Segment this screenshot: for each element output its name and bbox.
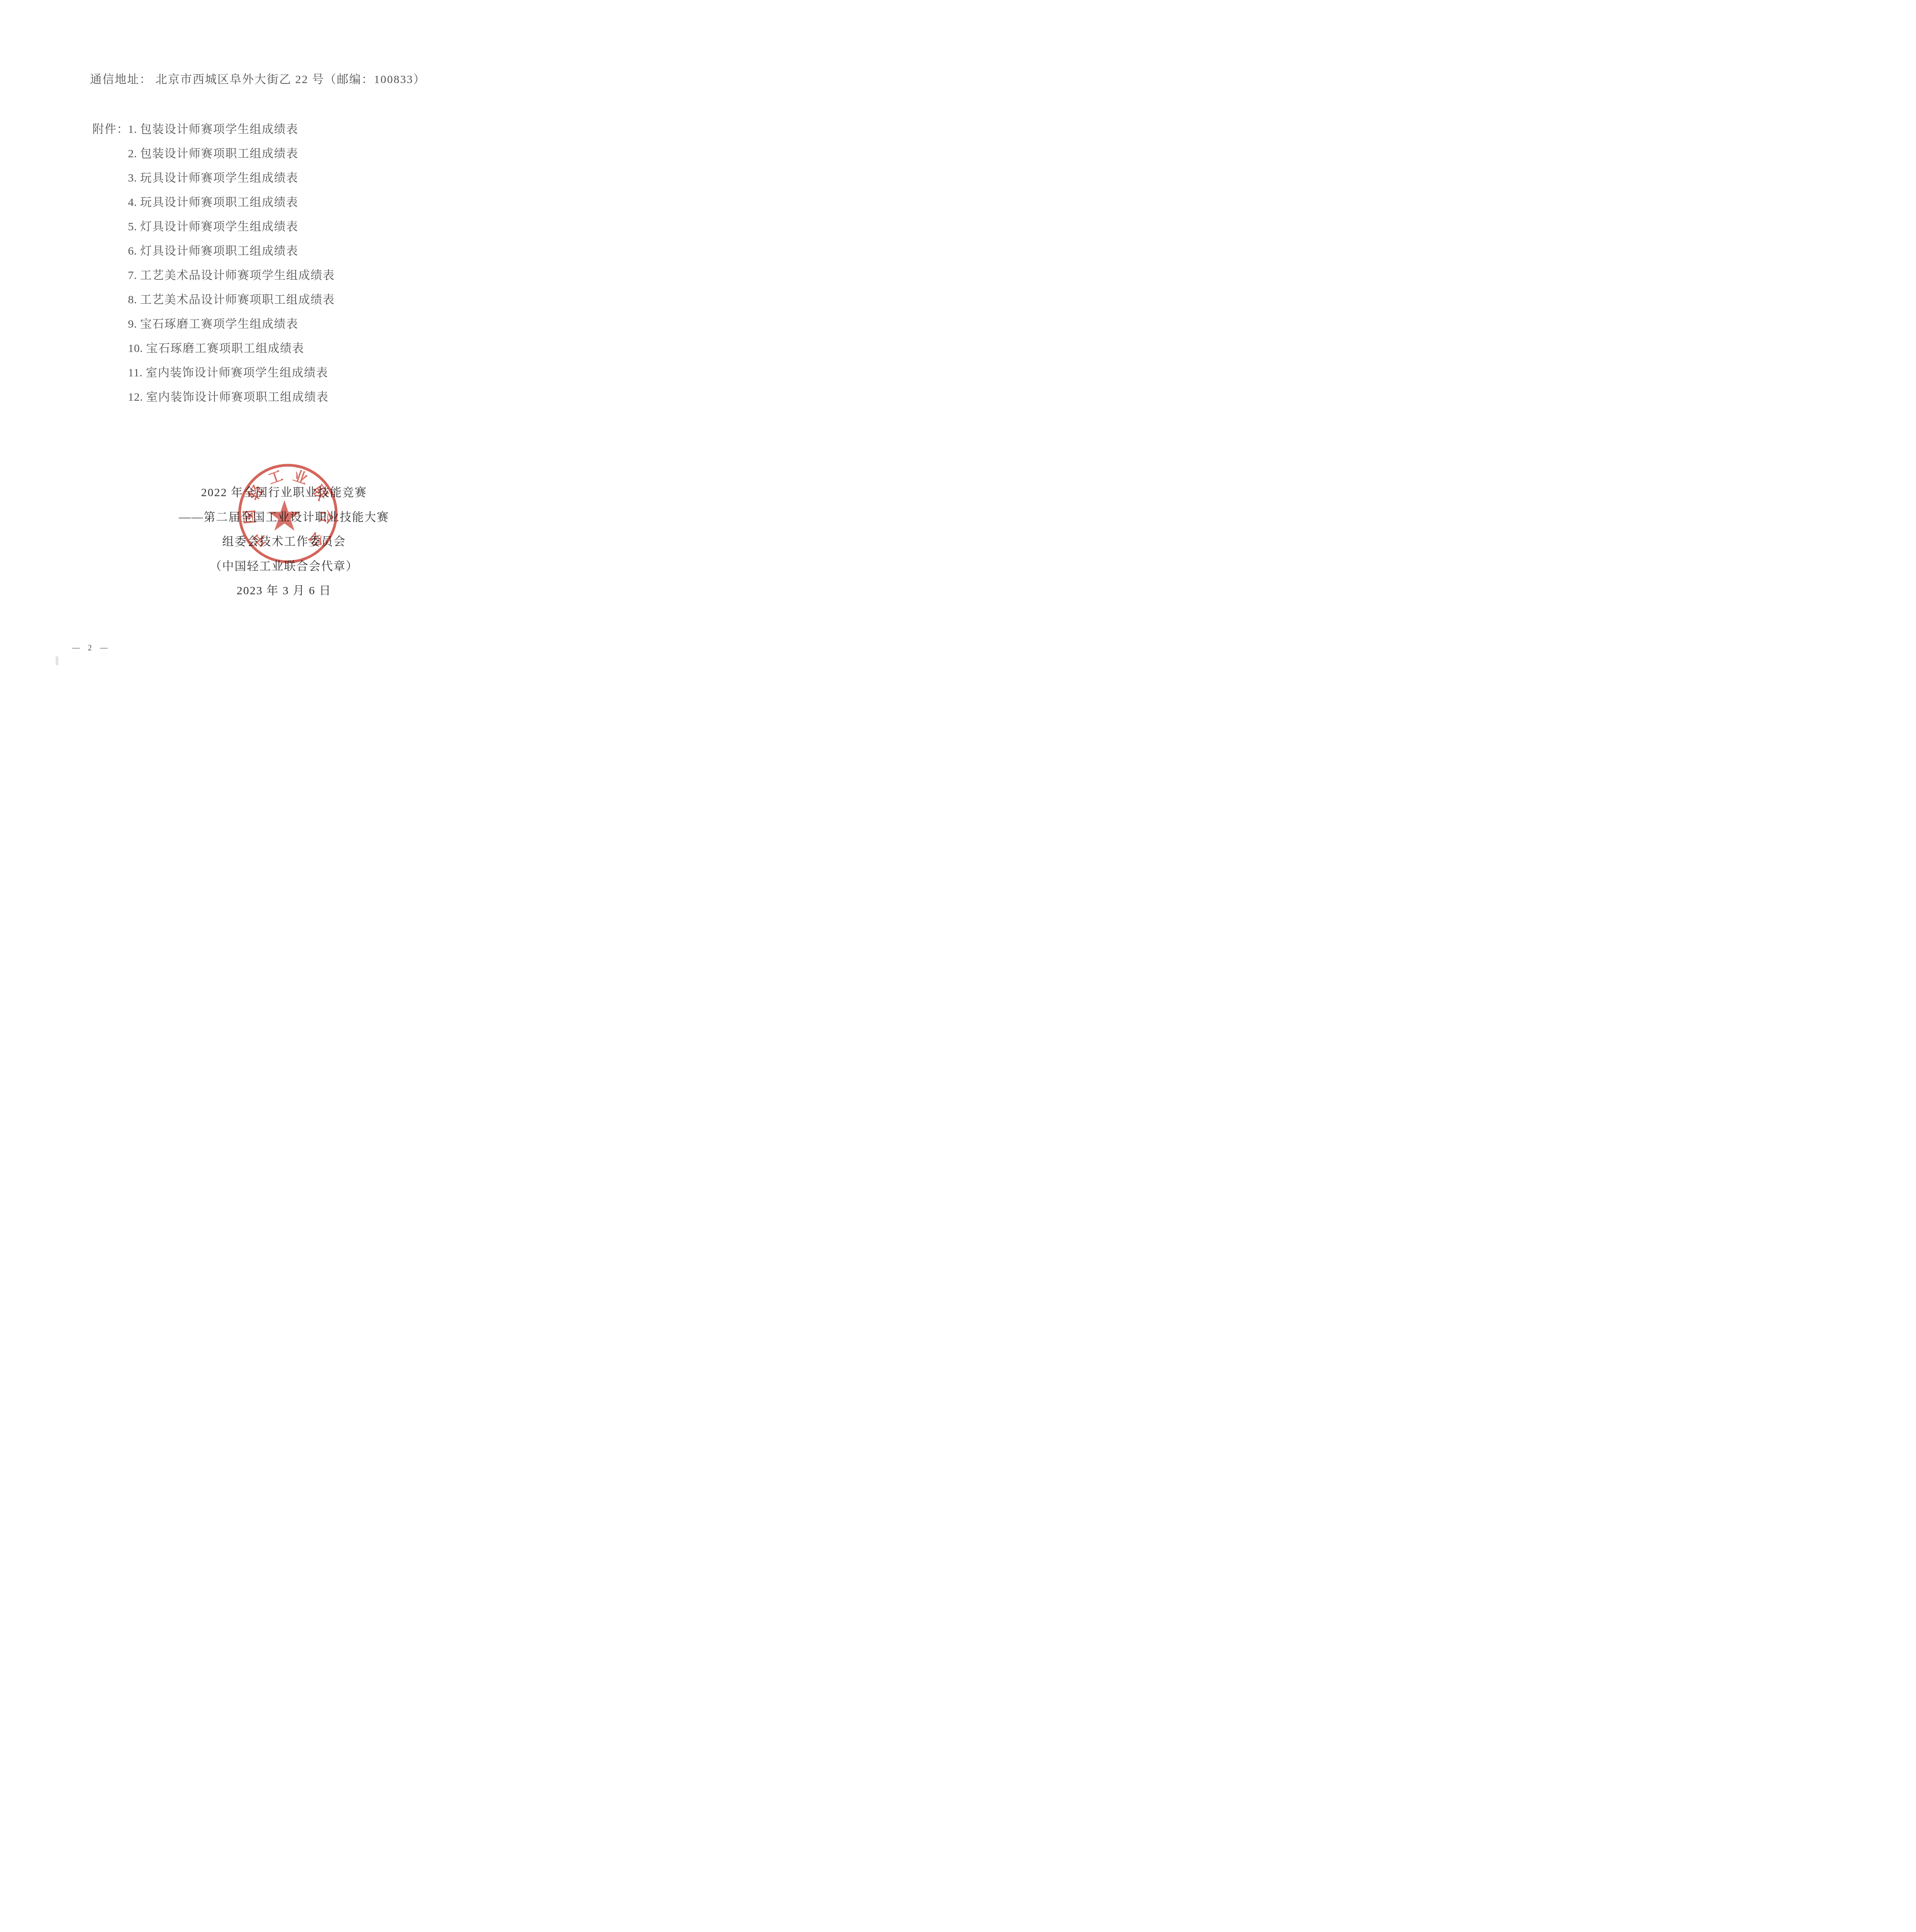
attachment-item: 5.灯具设计师赛项学生组成绩表: [92, 214, 440, 239]
attachment-title: 室内装饰设计师赛项职工组成绩表: [146, 391, 329, 403]
attachment-item: 9.宝石琢磨工赛项学生组成绩表: [92, 312, 440, 336]
attachment-number: 7.: [128, 263, 137, 287]
attachment-item: 6.灯具设计师赛项职工组成绩表: [92, 239, 440, 263]
attachments-list: 附件： 1.包装设计师赛项学生组成绩表 2.包装设计师赛项职工组成绩表 3.玩具…: [92, 117, 440, 409]
attachment-number: 8.: [128, 287, 137, 312]
attachment-title: 灯具设计师赛项学生组成绩表: [140, 220, 299, 233]
attachment-number: 9.: [128, 312, 137, 336]
signature-date: 2023 年 3 月 6 日: [144, 578, 424, 603]
attachment-item: 4.玩具设计师赛项职工组成绩表: [92, 190, 440, 214]
attachments-label: 附件：: [92, 117, 129, 141]
attachment-title: 灯具设计师赛项职工组成绩表: [140, 245, 299, 257]
attachment-number: 3.: [128, 166, 137, 190]
attachment-title: 工艺美术品设计师赛项学生组成绩表: [140, 269, 335, 282]
attachment-number: 10.: [128, 336, 143, 361]
attachment-number: 12.: [128, 385, 143, 409]
signature-line-committee: 组委会技术工作委员会: [144, 529, 424, 554]
attachment-title: 包装设计师赛项职工组成绩表: [140, 147, 299, 160]
attachment-item: 12.室内装饰设计师赛项职工组成绩表: [92, 385, 440, 409]
attachment-title: 工艺美术品设计师赛项职工组成绩表: [140, 293, 335, 306]
attachment-item: 1.包装设计师赛项学生组成绩表: [92, 117, 440, 141]
attachment-title: 包装设计师赛项学生组成绩表: [140, 123, 299, 136]
attachment-item: 2.包装设计师赛项职工组成绩表: [92, 141, 440, 166]
signature-line-contest: ——第二届全国工业设计职业技能大赛: [144, 505, 424, 530]
attachment-title: 室内装饰设计师赛项学生组成绩表: [146, 366, 328, 379]
attachment-title: 玩具设计师赛项学生组成绩表: [140, 172, 299, 184]
document-page: 通信地址： 北京市西城区阜外大街乙 22 号（邮编：100833） 附件： 1.…: [0, 0, 479, 677]
attachment-number: 2.: [128, 141, 137, 166]
signature-line-onbehalf: （中国轻工业联合会代章）: [144, 554, 424, 579]
attachment-item: 10.宝石琢磨工赛项职工组成绩表: [92, 336, 440, 361]
attachment-number: 4.: [128, 190, 137, 214]
page-number: — 2 —: [66, 644, 116, 653]
scan-smudge: [56, 656, 58, 665]
address-line: 通信地址： 北京市西城区阜外大街乙 22 号（邮编：100833）: [90, 72, 426, 87]
attachment-number: 1.: [128, 117, 137, 141]
attachment-item: 8.工艺美术品设计师赛项职工组成绩表: [92, 287, 440, 312]
attachment-number: 11.: [128, 361, 143, 385]
attachment-item: 7.工艺美术品设计师赛项学生组成绩表: [92, 263, 440, 287]
attachment-item: 11.室内装饰设计师赛项学生组成绩表: [92, 361, 440, 385]
attachment-title: 宝石琢磨工赛项职工组成绩表: [146, 342, 305, 355]
signature-line-competition: 2022 年全国行业职业技能竞赛: [144, 480, 424, 505]
attachment-title: 玩具设计师赛项职工组成绩表: [140, 196, 299, 209]
attachment-number: 5.: [128, 214, 137, 239]
attachment-title: 宝石琢磨工赛项学生组成绩表: [140, 318, 299, 330]
signature-block: 2022 年全国行业职业技能竞赛 ——第二届全国工业设计职业技能大赛 组委会技术…: [144, 480, 424, 603]
attachment-item: 3.玩具设计师赛项学生组成绩表: [92, 166, 440, 190]
attachment-number: 6.: [128, 239, 137, 263]
